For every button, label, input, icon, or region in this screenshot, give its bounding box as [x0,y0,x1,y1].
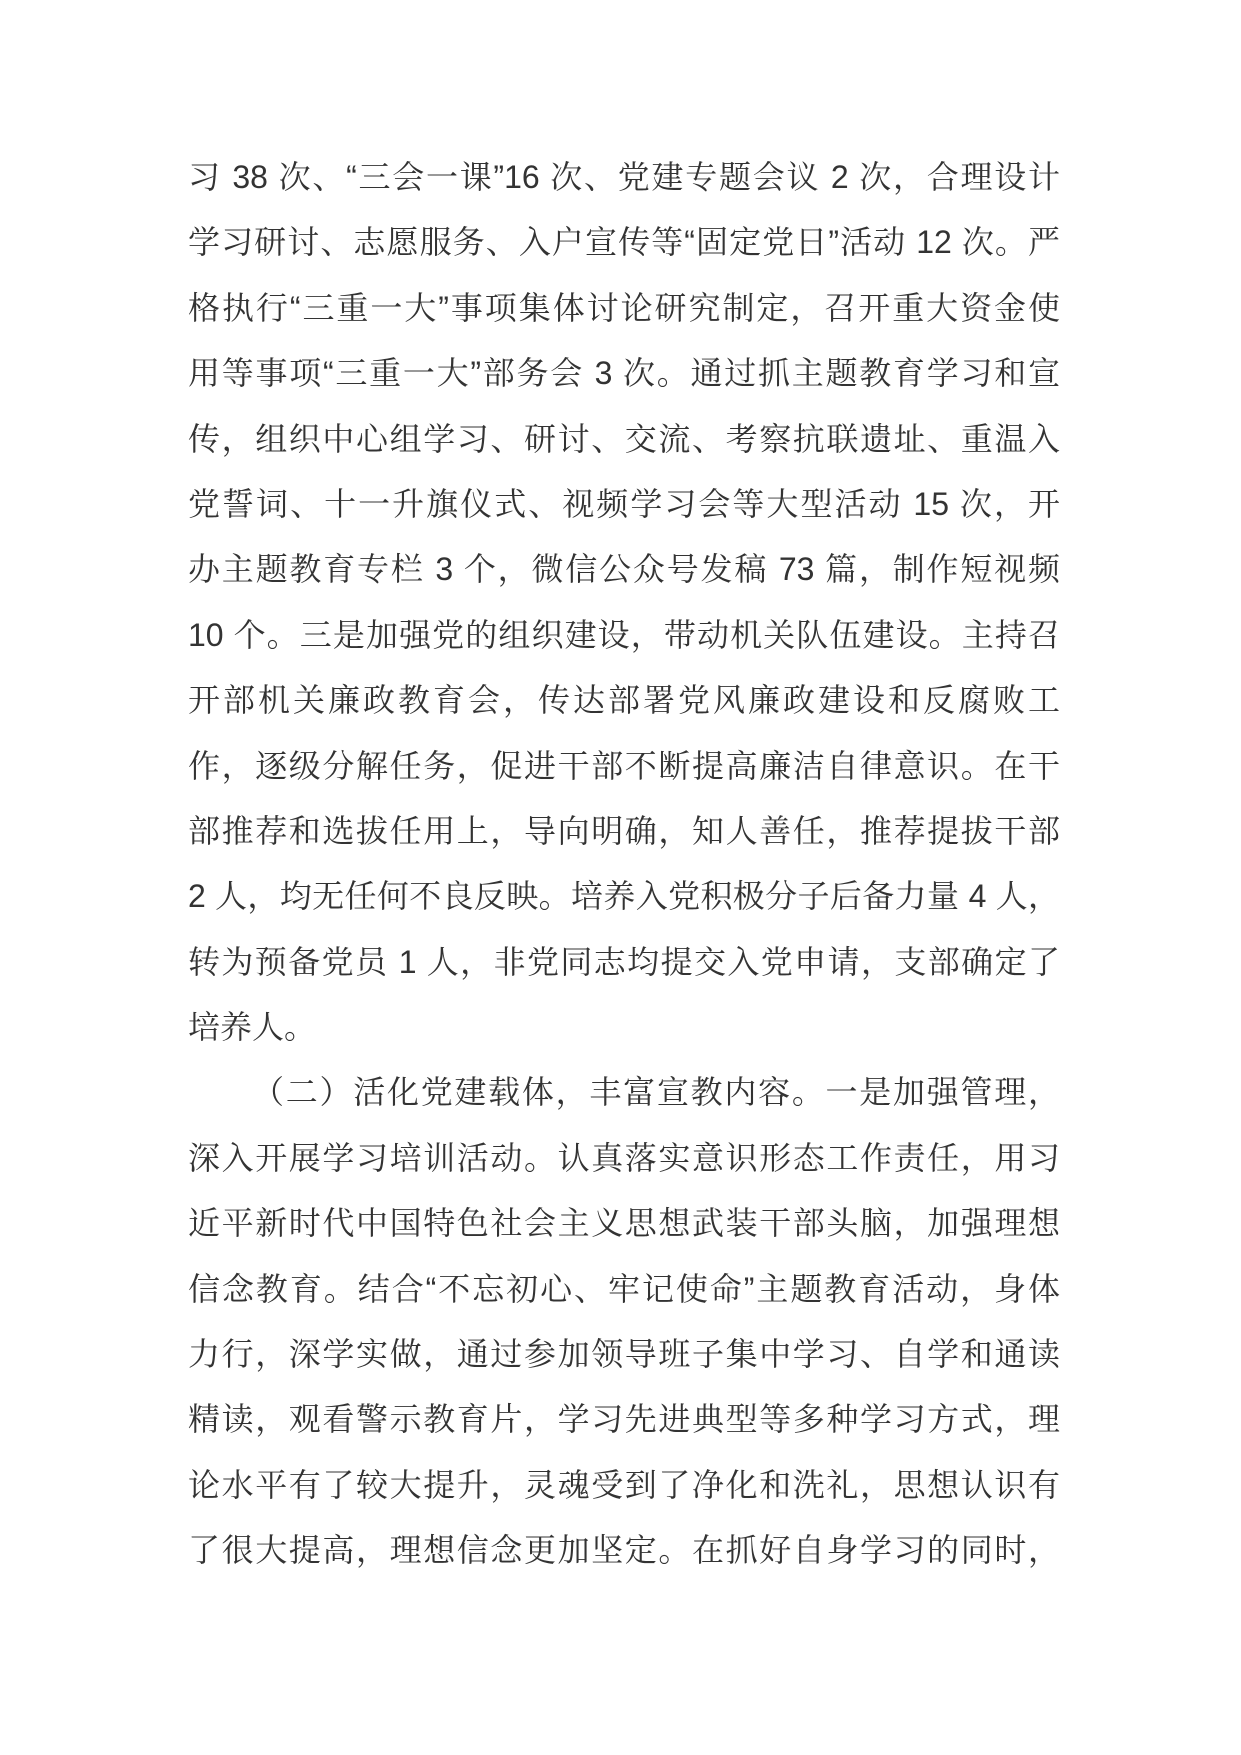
paragraph-2-line: 论水平有了较大提升，灵魂受到了净化和洗礼，思想认识有 [188,1453,1060,1518]
paragraph-2-line: （二）活化党建载体，丰富宣教内容。一是加强管理， [188,1060,1060,1125]
paragraph-1-line: 党誓词、十一升旗仪式、视频学习会等大型活动 15 次，开 [188,472,1060,537]
paragraph-2-line: 信念教育。结合“不忘初心、牢记使命”主题教育活动，身体 [188,1257,1060,1322]
paragraph-1-line: 习 38 次、“三会一课”16 次、党建专题会议 2 次，合理设计 [188,145,1060,210]
paragraph-1-line: 10 个。三是加强党的组织建设，带动机关队伍建设。主持召 [188,603,1060,668]
paragraph-1-line: 格执行“三重一大”事项集体讨论研究制定，召开重大资金使 [188,276,1060,341]
paragraph-1-line: 部推荐和选拔任用上，导向明确，知人善任，推荐提拔干部 [188,799,1060,864]
paragraph-1-line: 转为预备党员 1 人，非党同志均提交入党申请，支部确定了 [188,930,1060,995]
paragraph-1-line: 办主题教育专栏 3 个，微信公众号发稿 73 篇，制作短视频 [188,537,1060,602]
document-page: 习 38 次、“三会一课”16 次、党建专题会议 2 次，合理设计 学习研讨、志… [0,0,1241,1755]
paragraph-1-line: 传，组织中心组学习、研讨、交流、考察抗联遗址、重温入 [188,407,1060,472]
paragraph-1-line: 学习研讨、志愿服务、入户宣传等“固定党日”活动 12 次。严 [188,210,1060,275]
paragraph-1-line: 作，逐级分解任务，促进干部不断提高廉洁自律意识。在干 [188,734,1060,799]
paragraph-1-line: 2 人，均无任何不良反映。培养入党积极分子后备力量 4 人， [188,864,1060,929]
paragraph-1-line: 用等事项“三重一大”部务会 3 次。通过抓主题教育学习和宣 [188,341,1060,406]
paragraph-2-line: 了很大提高，理想信念更加坚定。在抓好自身学习的同时， [188,1518,1060,1583]
body-text: 习 38 次、“三会一课”16 次、党建专题会议 2 次，合理设计 学习研讨、志… [188,145,1060,1584]
paragraph-2-line: 近平新时代中国特色社会主义思想武装干部头脑，加强理想 [188,1191,1060,1256]
paragraph-2-line: 深入开展学习培训活动。认真落实意识形态工作责任，用习 [188,1126,1060,1191]
paragraph-2-line: 精读，观看警示教育片，学习先进典型等多种学习方式，理 [188,1387,1060,1452]
paragraph-2-line: 力行，深学实做，通过参加领导班子集中学习、自学和通读 [188,1322,1060,1387]
paragraph-1-line: 开部机关廉政教育会，传达部署党风廉政建设和反腐败工 [188,668,1060,733]
paragraph-1-line: 培养人。 [188,995,1060,1060]
